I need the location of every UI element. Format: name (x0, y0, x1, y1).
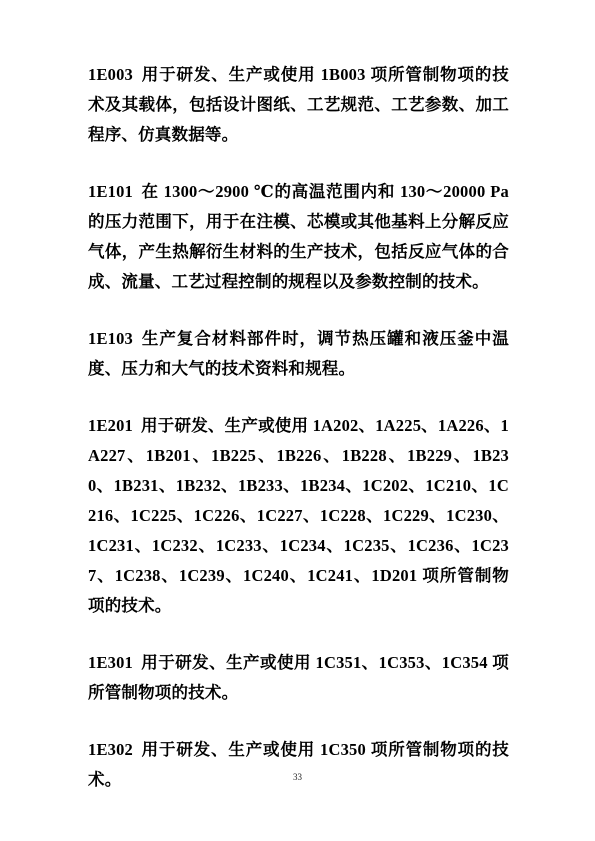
entry-text: 用于研发、生产或使用 1C351、1C353、1C354 项所管制物项的技术。 (88, 653, 509, 702)
entry-text: 在 1300～2900 ℃的高温范围内和 130～20000 Pa 的压力范围下… (88, 182, 509, 291)
entry-code: 1E101 (88, 182, 133, 201)
page-number: 33 (0, 771, 595, 783)
entry-code: 1E302 (88, 740, 133, 759)
entry-code: 1E003 (88, 65, 133, 84)
paragraph-1E301: 1E301用于研发、生产或使用 1C351、1C353、1C354 项所管制物项… (88, 648, 509, 708)
paragraph-1E201: 1E201用于研发、生产或使用 1A202、1A225、1A226、1A227、… (88, 411, 509, 621)
entry-text: 用于研发、生产或使用 1A202、1A225、1A226、1A227、1B201… (88, 416, 509, 615)
paragraph-1E101: 1E101在 1300～2900 ℃的高温范围内和 130～20000 Pa 的… (88, 177, 509, 297)
entry-code: 1E301 (88, 653, 133, 672)
paragraph-1E103: 1E103生产复合材料部件时，调节热压罐和液压釜中温度、压力和大气的技术资料和规… (88, 324, 509, 384)
entry-text: 用于研发、生产或使用 1B003 项所管制物项的技术及其载体，包括设计图纸、工艺… (88, 65, 509, 144)
entry-code: 1E103 (88, 329, 133, 348)
text-body: 1E003用于研发、生产或使用 1B003 项所管制物项的技术及其载体，包括设计… (88, 60, 509, 795)
document-page: 1E003用于研发、生产或使用 1B003 项所管制物项的技术及其载体，包括设计… (0, 0, 595, 841)
paragraph-1E003: 1E003用于研发、生产或使用 1B003 项所管制物项的技术及其载体，包括设计… (88, 60, 509, 150)
paragraph-1E302: 1E302用于研发、生产或使用 1C350 项所管制物项的技术。 (88, 735, 509, 795)
entry-code: 1E201 (88, 416, 133, 435)
entry-text: 生产复合材料部件时，调节热压罐和液压釜中温度、压力和大气的技术资料和规程。 (88, 329, 509, 378)
